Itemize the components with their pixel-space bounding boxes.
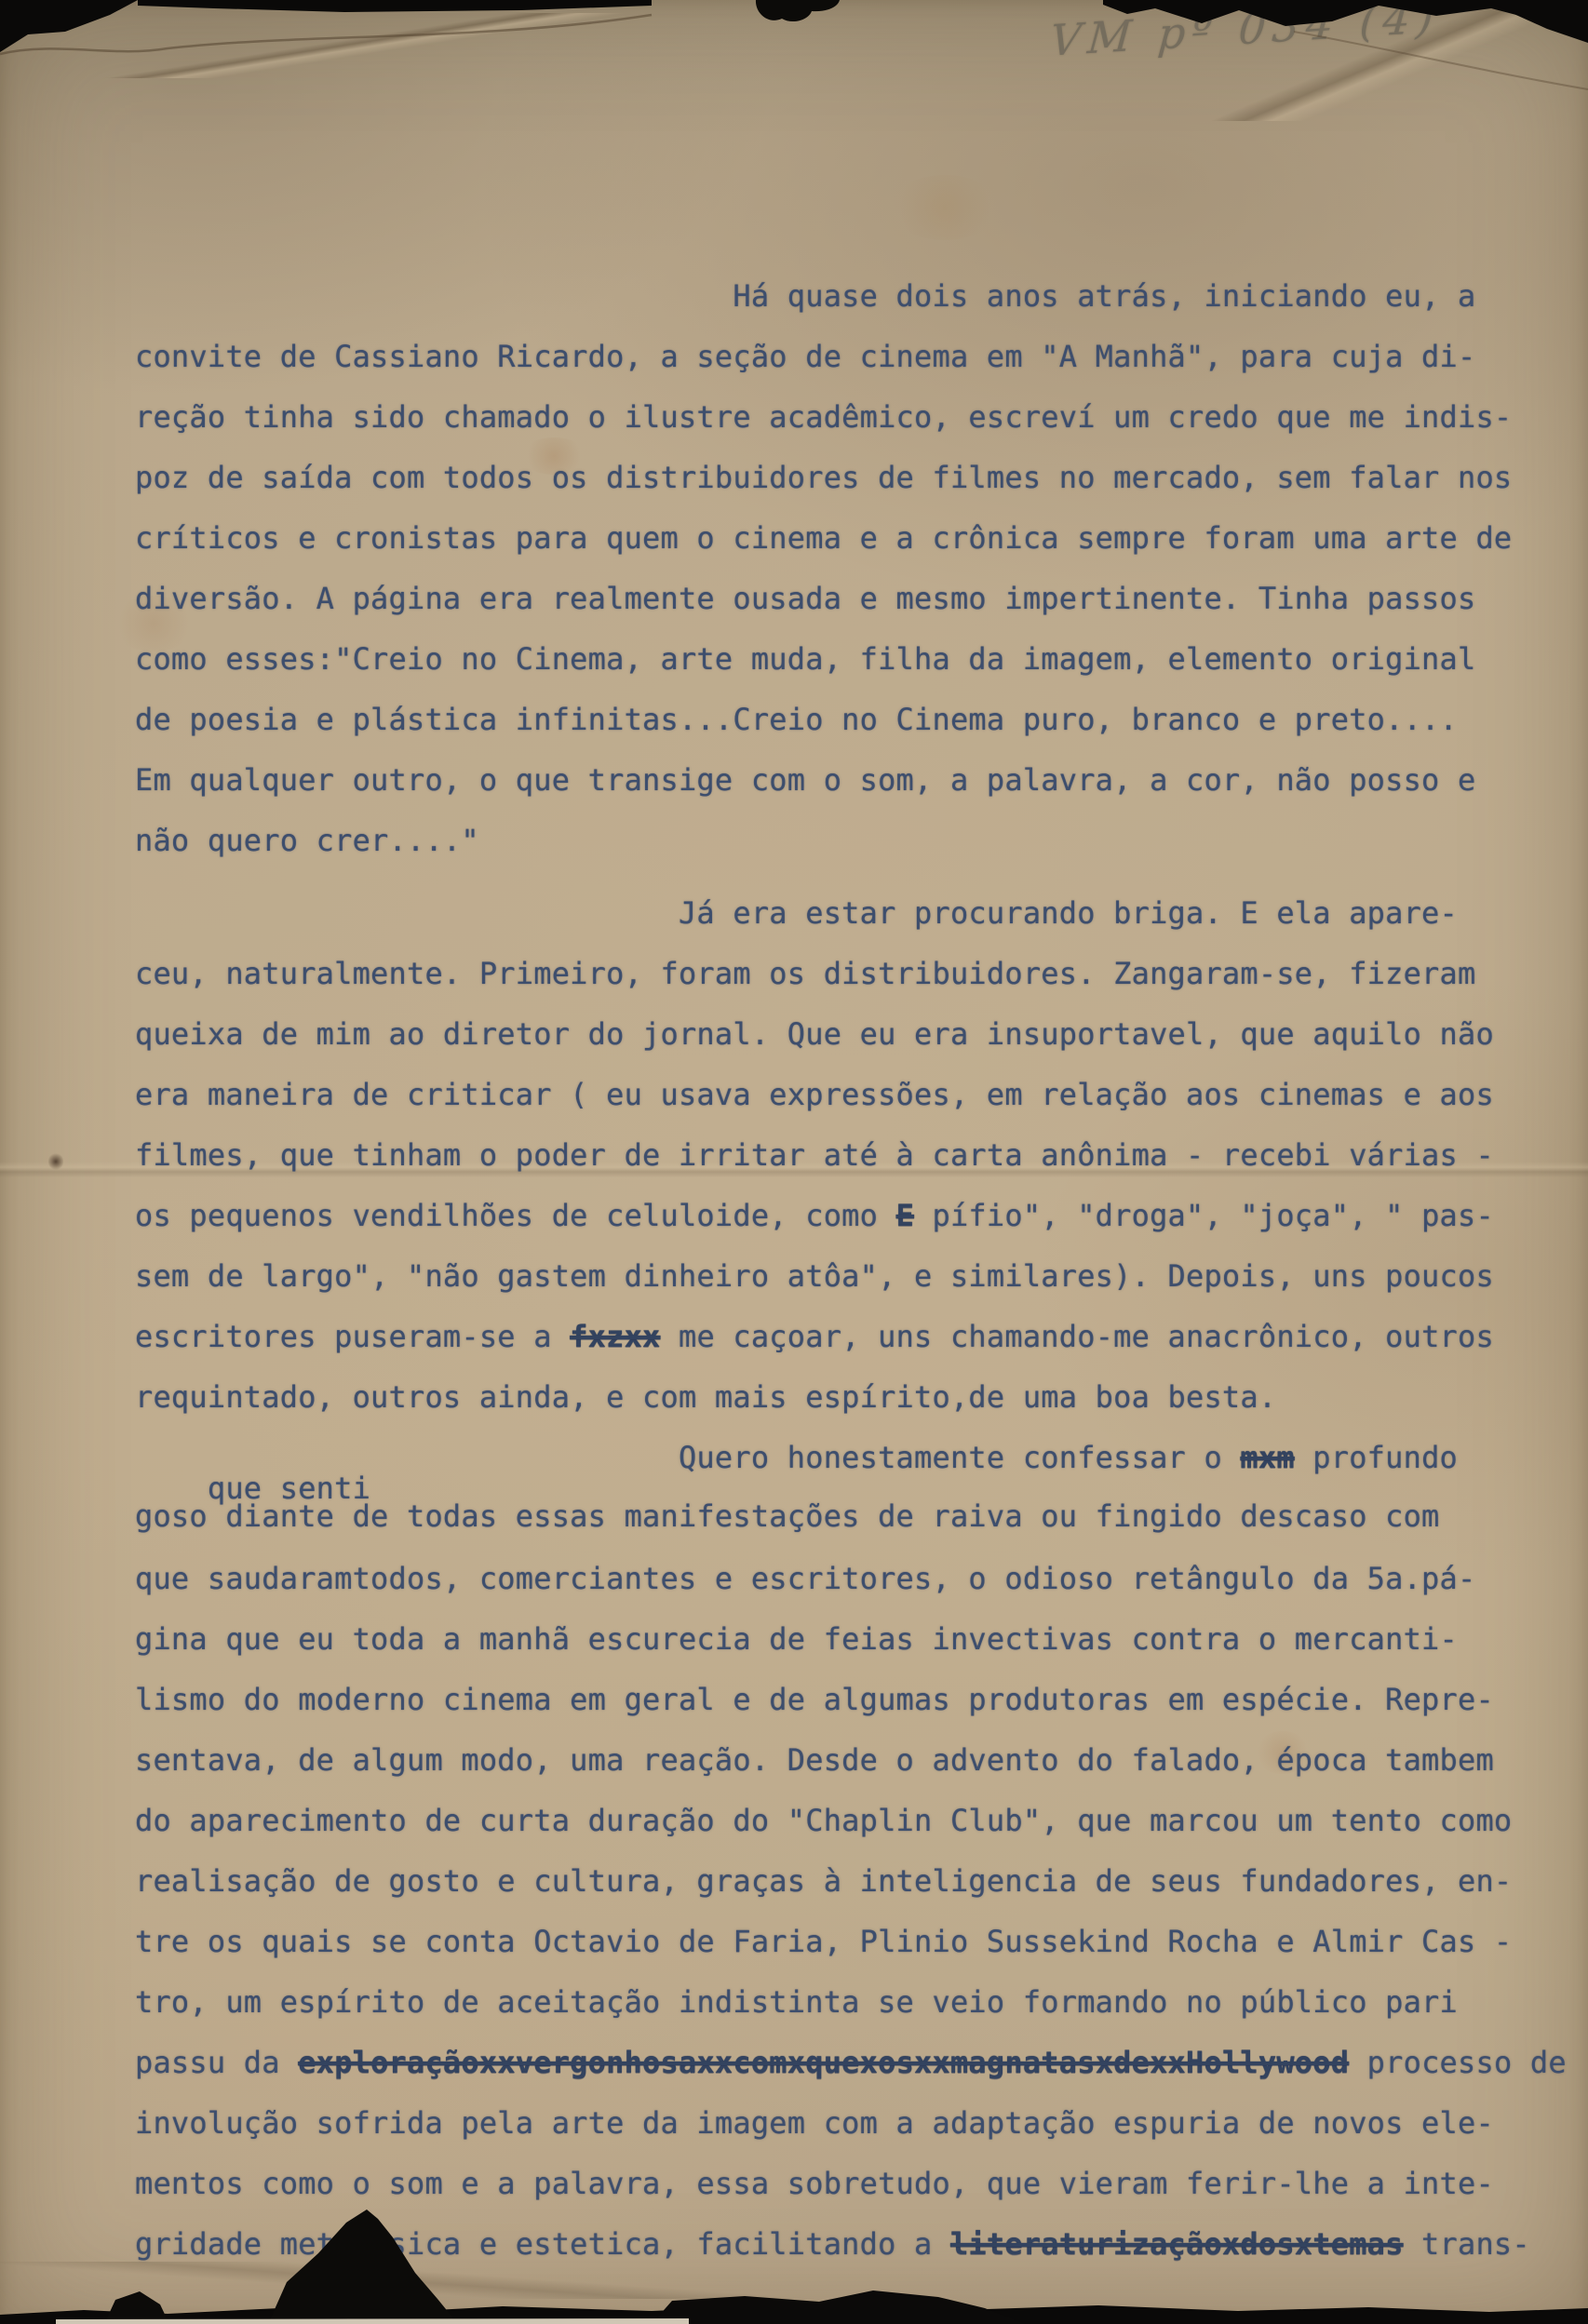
typed-line: do aparecimento de curta duração do "Cha… <box>135 1799 1573 1860</box>
typed-line: sentava, de algum modo, uma reação. Desd… <box>135 1739 1573 1799</box>
typed-text: gina que eu toda a manhã escurecia de fe… <box>135 1621 1458 1657</box>
typed-line: Em qualquer outro, o que transige com o … <box>135 759 1573 819</box>
paragraph: Há quase dois anos atrás, iniciando eu, … <box>135 275 1573 880</box>
typed-text: involução sofrida pela arte da imagem co… <box>135 2105 1494 2141</box>
typed-text: goso diante de todas essas manifestações… <box>135 1498 1440 1534</box>
typed-line: Há quase dois anos atrás, iniciando eu, … <box>135 275 1573 335</box>
typed-line: não quero crer...." <box>135 819 1573 880</box>
typed-text: pífio", "droga", "joça", " pas- <box>914 1198 1494 1233</box>
paragraph: Quero honestamente confessar o mxm profu… <box>135 1436 1573 2283</box>
overstrike-text: exploraçãoxxvergonhosaxxcomxquexosxxmagn… <box>298 2045 1349 2080</box>
typed-text: mentos como o som e a palavra, essa sobr… <box>135 2166 1494 2201</box>
typed-text: que saudaramtodos, comerciantes e escrit… <box>135 1561 1475 1596</box>
paragraph: Já era estar procurando briga. E ela apa… <box>135 892 1573 1436</box>
typed-line: poz de saída com todos os distribuidores… <box>135 456 1573 517</box>
typed-text: ceu, naturalmente. Primeiro, foram os di… <box>135 956 1475 991</box>
typed-text: convite de Cassiano Ricardo, a seção de … <box>135 339 1475 374</box>
typed-text: gridade metafísica e estetica, facilitan… <box>135 2226 950 2262</box>
typed-line: goso diante de todas essas manifestações… <box>135 1495 1573 1557</box>
overstrike-text: E <box>896 1198 914 1233</box>
typed-text: trans- <box>1404 2226 1530 2262</box>
typed-line: queixa de mim ao diretor do jornal. Que … <box>135 1013 1573 1073</box>
typescript-body: Há quase dois anos atrás, iniciando eu, … <box>135 275 1573 2283</box>
overstrike-text: mxm <box>1240 1440 1294 1475</box>
typed-text: poz de saída com todos os distribuidores… <box>135 460 1512 495</box>
typed-line: sem de largo", "não gastem dinheiro atôa… <box>135 1255 1573 1315</box>
overstrike-text: literaturizaçãoxdosxtemas <box>950 2226 1404 2262</box>
typed-text: filmes, que tinham o poder de irritar at… <box>135 1137 1494 1173</box>
typed-text: era maneira de criticar ( eu usava expre… <box>135 1077 1494 1112</box>
typed-text: não quero crer...." <box>135 823 479 858</box>
typed-text: sentava, de algum modo, uma reação. Desd… <box>135 1742 1494 1778</box>
typed-line: gridade metafísica e estetica, facilitan… <box>135 2223 1573 2283</box>
typed-text: sem de largo", "não gastem dinheiro atôa… <box>135 1258 1494 1294</box>
typed-text: queixa de mim ao diretor do jornal. Que … <box>135 1016 1494 1052</box>
typed-line: os pequenos vendilhões de celuloide, com… <box>135 1194 1573 1255</box>
typed-text: reção tinha sido chamado o ilustre acadê… <box>135 399 1512 435</box>
typed-text: Há quase dois anos atrás, iniciando eu, … <box>135 278 1475 314</box>
typed-line: como esses:"Creio no Cinema, arte muda, … <box>135 638 1573 698</box>
typed-text: tre os quais se conta Octavio de Faria, … <box>135 1924 1512 1959</box>
typed-line: diversão. A página era realmente ousada … <box>135 577 1573 638</box>
typed-line: era maneira de criticar ( eu usava expre… <box>135 1073 1573 1134</box>
typed-line: filmes, que tinham o poder de irritar at… <box>135 1134 1573 1194</box>
typed-line: tre os quais se conta Octavio de Faria, … <box>135 1920 1573 1981</box>
typed-text: do aparecimento de curta duração do "Cha… <box>135 1803 1512 1838</box>
typed-text: tro, um espírito de aceitação indistinta… <box>135 1984 1458 2020</box>
typed-text: escritores puseram-se a <box>135 1319 570 1354</box>
typed-line: passu da exploraçãoxxvergonhosaxxcomxque… <box>135 2041 1573 2102</box>
typed-line: realisação de gosto e cultura, graças à … <box>135 1860 1573 1920</box>
typed-line: involução sofrida pela arte da imagem co… <box>135 2102 1573 2162</box>
typed-text: me caçoar, uns chamando-me anacrônico, o… <box>661 1319 1494 1354</box>
scanned-page: VM pº 034 (4) Há quase dois anos atrás, … <box>0 0 1588 2324</box>
typed-text: Em qualquer outro, o que transige com o … <box>135 762 1475 798</box>
typed-text: lismo do moderno cinema em geral e de al… <box>135 1682 1494 1717</box>
typed-line: críticos e cronistas para quem o cinema … <box>135 517 1573 577</box>
typed-text: passu da <box>135 2045 298 2080</box>
typed-text: de poesia e plástica infinitas...Creio n… <box>135 702 1458 737</box>
overstrike-text: fxzxx <box>570 1319 660 1354</box>
typed-line: escritores puseram-se a fxzxx me caçoar,… <box>135 1315 1573 1376</box>
typed-line: convite de Cassiano Ricardo, a seção de … <box>135 335 1573 396</box>
typed-text: diversão. A página era realmente ousada … <box>135 581 1475 616</box>
typed-text: requintado, outros ainda, e com mais esp… <box>135 1379 1276 1415</box>
typed-line: requintado, outros ainda, e com mais esp… <box>135 1376 1573 1436</box>
typed-text: Já era estar procurando briga. E ela apa… <box>135 895 1458 931</box>
typed-line: mentos como o som e a palavra, essa sobr… <box>135 2162 1573 2223</box>
typed-line: reção tinha sido chamado o ilustre acadê… <box>135 396 1573 456</box>
typed-line: gina que eu toda a manhã escurecia de fe… <box>135 1618 1573 1678</box>
typed-text: críticos e cronistas para quem o cinema … <box>135 520 1512 556</box>
typed-line: de poesia e plástica infinitas...Creio n… <box>135 698 1573 759</box>
typed-text: como esses:"Creio no Cinema, arte muda, … <box>135 641 1475 677</box>
typed-line: ceu, naturalmente. Primeiro, foram os di… <box>135 952 1573 1013</box>
typed-line: Já era estar procurando briga. E ela apa… <box>135 892 1573 952</box>
typed-line: tro, um espírito de aceitação indistinta… <box>135 1981 1573 2041</box>
typed-line: Quero honestamente confessar o mxm profu… <box>135 1436 1573 1467</box>
typed-text: processo de <box>1349 2045 1567 2080</box>
typed-text: os pequenos vendilhões de celuloide, com… <box>135 1198 896 1233</box>
typed-text: profundo <box>1295 1440 1458 1475</box>
typed-text: realisação de gosto e cultura, graças à … <box>135 1863 1512 1899</box>
typed-line: lismo do moderno cinema em geral e de al… <box>135 1678 1573 1739</box>
typed-line: que saudaramtodos, comerciantes e escrit… <box>135 1557 1573 1618</box>
